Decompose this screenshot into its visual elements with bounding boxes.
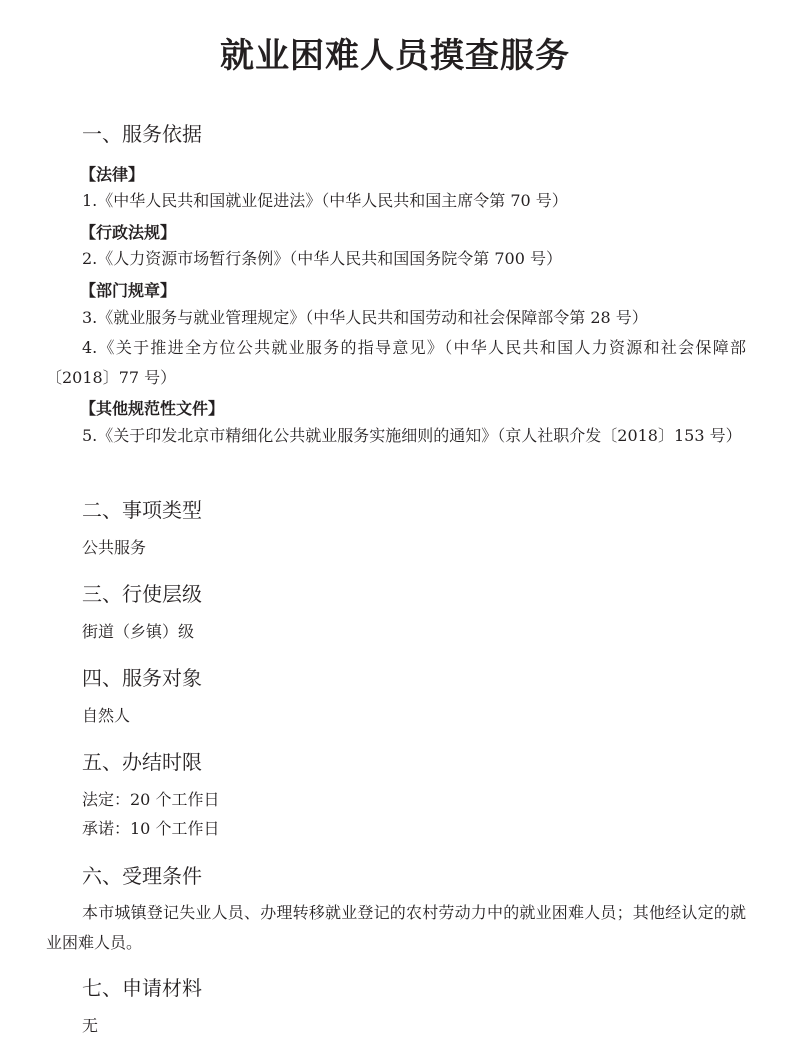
section-body-type: 公共服务: [82, 533, 146, 562]
basis-item-5: 5.《关于印发北京市精细化公共就业服务实施细则的通知》（京人社职介发〔2018〕…: [46, 421, 746, 451]
time-limit-promised: 承诺：10 个工作日: [82, 814, 219, 843]
basis-item-4: 4.《关于推进全方位公共就业服务的指导意见》（中华人民共和国人力资源和社会保障部…: [46, 333, 746, 393]
section-heading-level: 三、行使层级: [82, 578, 202, 607]
basis-item-3: 3.《就业服务与就业管理规定》（中华人民共和国劳动和社会保障部令第 28 号）: [82, 303, 648, 332]
section-heading-basis: 一、服务依据: [82, 118, 202, 147]
section-heading-time-limit: 五、办结时限: [82, 746, 202, 775]
category-admin-regulation: 【行政法规】: [80, 220, 176, 243]
basis-item-1: 1.《中华人民共和国就业促进法》（中华人民共和国主席令第 70 号）: [82, 186, 568, 215]
section-heading-materials: 七、申请材料: [82, 972, 202, 1001]
document-title: 就业困难人员摸查服务: [0, 28, 790, 77]
section-heading-target: 四、服务对象: [82, 662, 202, 691]
category-law: 【法律】: [80, 162, 144, 185]
section-body-target: 自然人: [82, 701, 130, 730]
section-heading-conditions: 六、受理条件: [82, 860, 202, 889]
section-body-conditions: 本市城镇登记失业人员、办理转移就业登记的农村劳动力中的就业困难人员；其他经认定的…: [46, 898, 746, 958]
section-body-materials: 无: [82, 1011, 98, 1040]
time-limit-legal: 法定：20 个工作日: [82, 785, 219, 814]
category-other-docs: 【其他规范性文件】: [80, 396, 224, 419]
basis-item-2: 2.《人力资源市场暂行条例》（中华人民共和国国务院令第 700 号）: [82, 244, 562, 273]
category-dept-rules: 【部门规章】: [80, 278, 176, 301]
section-body-level: 街道（乡镇）级: [82, 617, 194, 646]
section-heading-type: 二、事项类型: [82, 494, 202, 523]
